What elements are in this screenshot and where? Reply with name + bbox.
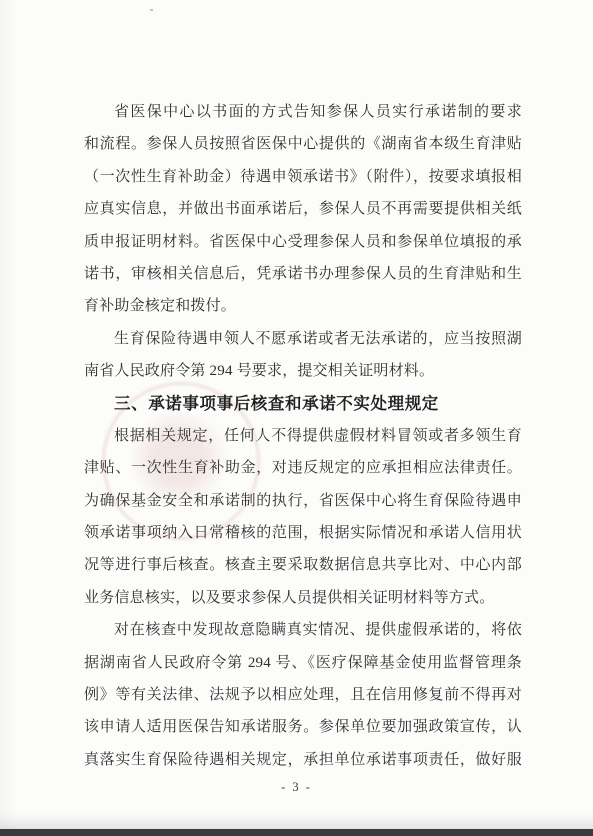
text-line: 例》等有关法律、法规予以相应处理，且在信用修复前不得再对 xyxy=(84,679,522,711)
paragraph: 根据相关规定，任何人不得提供虚假材料冒领或者多领生育津贴、一次性生育补助金，对违… xyxy=(84,420,522,614)
text-line: 省医保中心以书面的方式告知参保人员实行承诺制的要求 xyxy=(84,96,522,128)
document-page: { "colors": { "paper": "#fcfcfb", "ink":… xyxy=(0,0,593,836)
scan-smudge-bottom xyxy=(0,816,593,829)
text-line: 南省人民政府令第 294 号要求，提交相关证明材料。 xyxy=(84,355,522,387)
text-line: 诺书，审核相关信息后，凭承诺书办理参保人员的生育津贴和生 xyxy=(84,258,522,290)
text-line: 津贴、一次性生育补助金，对违反规定的应承担相应法律责任。 xyxy=(84,452,522,484)
section-heading-text: 三、承诺事项事后核查和承诺不实处理规定 xyxy=(84,388,522,420)
text-line: 质申报证明材料。省医保中心受理参保人员和参保单位填报的承 xyxy=(84,226,522,258)
text-block: 省医保中心以书面的方式告知参保人员实行承诺制的要求和流程。参保人员按照省医保中心… xyxy=(84,96,522,776)
text-line: 育补助金核定和拨付。 xyxy=(84,290,522,322)
paragraph: 省医保中心以书面的方式告知参保人员实行承诺制的要求和流程。参保人员按照省医保中心… xyxy=(84,96,522,323)
text-line: 领承诺事项纳入日常稽核的范围，根据实际情况和承诺人信用状 xyxy=(84,517,522,549)
page-number: - 3 - xyxy=(0,780,593,795)
scan-speck xyxy=(150,9,153,11)
text-line: 生育保险待遇申领人不愿承诺或者无法承诺的，应当按照湖 xyxy=(84,323,522,355)
section-heading: 三、承诺事项事后核查和承诺不实处理规定 xyxy=(84,388,522,420)
text-line: 况等进行事后核查。核查主要采取数据信息共享比对、中心内部 xyxy=(84,549,522,581)
paragraph: 生育保险待遇申领人不愿承诺或者无法承诺的，应当按照湖南省人民政府令第 294 号… xyxy=(84,323,522,388)
text-line: 和流程。参保人员按照省医保中心提供的《湖南省本级生育津贴 xyxy=(84,128,522,160)
text-line: 据湖南省人民政府令第 294 号、《医疗保障基金使用监督管理条 xyxy=(84,647,522,679)
text-line: 应真实信息，并做出书面承诺后，参保人员不再需要提供相关纸 xyxy=(84,193,522,225)
paragraph: 对在核查中发现故意隐瞒真实情况、提供虚假承诺的，将依据湖南省人民政府令第 294… xyxy=(84,614,522,776)
text-line: 根据相关规定，任何人不得提供虚假材料冒领或者多领生育 xyxy=(84,420,522,452)
text-line: （一次性生育补助金）待遇申领承诺书》（附件），按要求填报相 xyxy=(84,161,522,193)
text-line: 对在核查中发现故意隐瞒真实情况、提供虚假承诺的，将依 xyxy=(84,614,522,646)
text-line: 业务信息核实，以及要求参保人员提供相关证明材料等方式。 xyxy=(84,582,522,614)
text-line: 该申请人适用医保告知承诺服务。参保单位要加强政策宣传，认 xyxy=(84,711,522,743)
scan-edge-bottom xyxy=(0,829,593,836)
text-line: 为确保基金安全和承诺制的执行，省医保中心将生育保险待遇申 xyxy=(84,485,522,517)
text-line: 真落实生育保险待遇相关规定，承担单位承诺事项责任，做好服 xyxy=(84,744,522,776)
